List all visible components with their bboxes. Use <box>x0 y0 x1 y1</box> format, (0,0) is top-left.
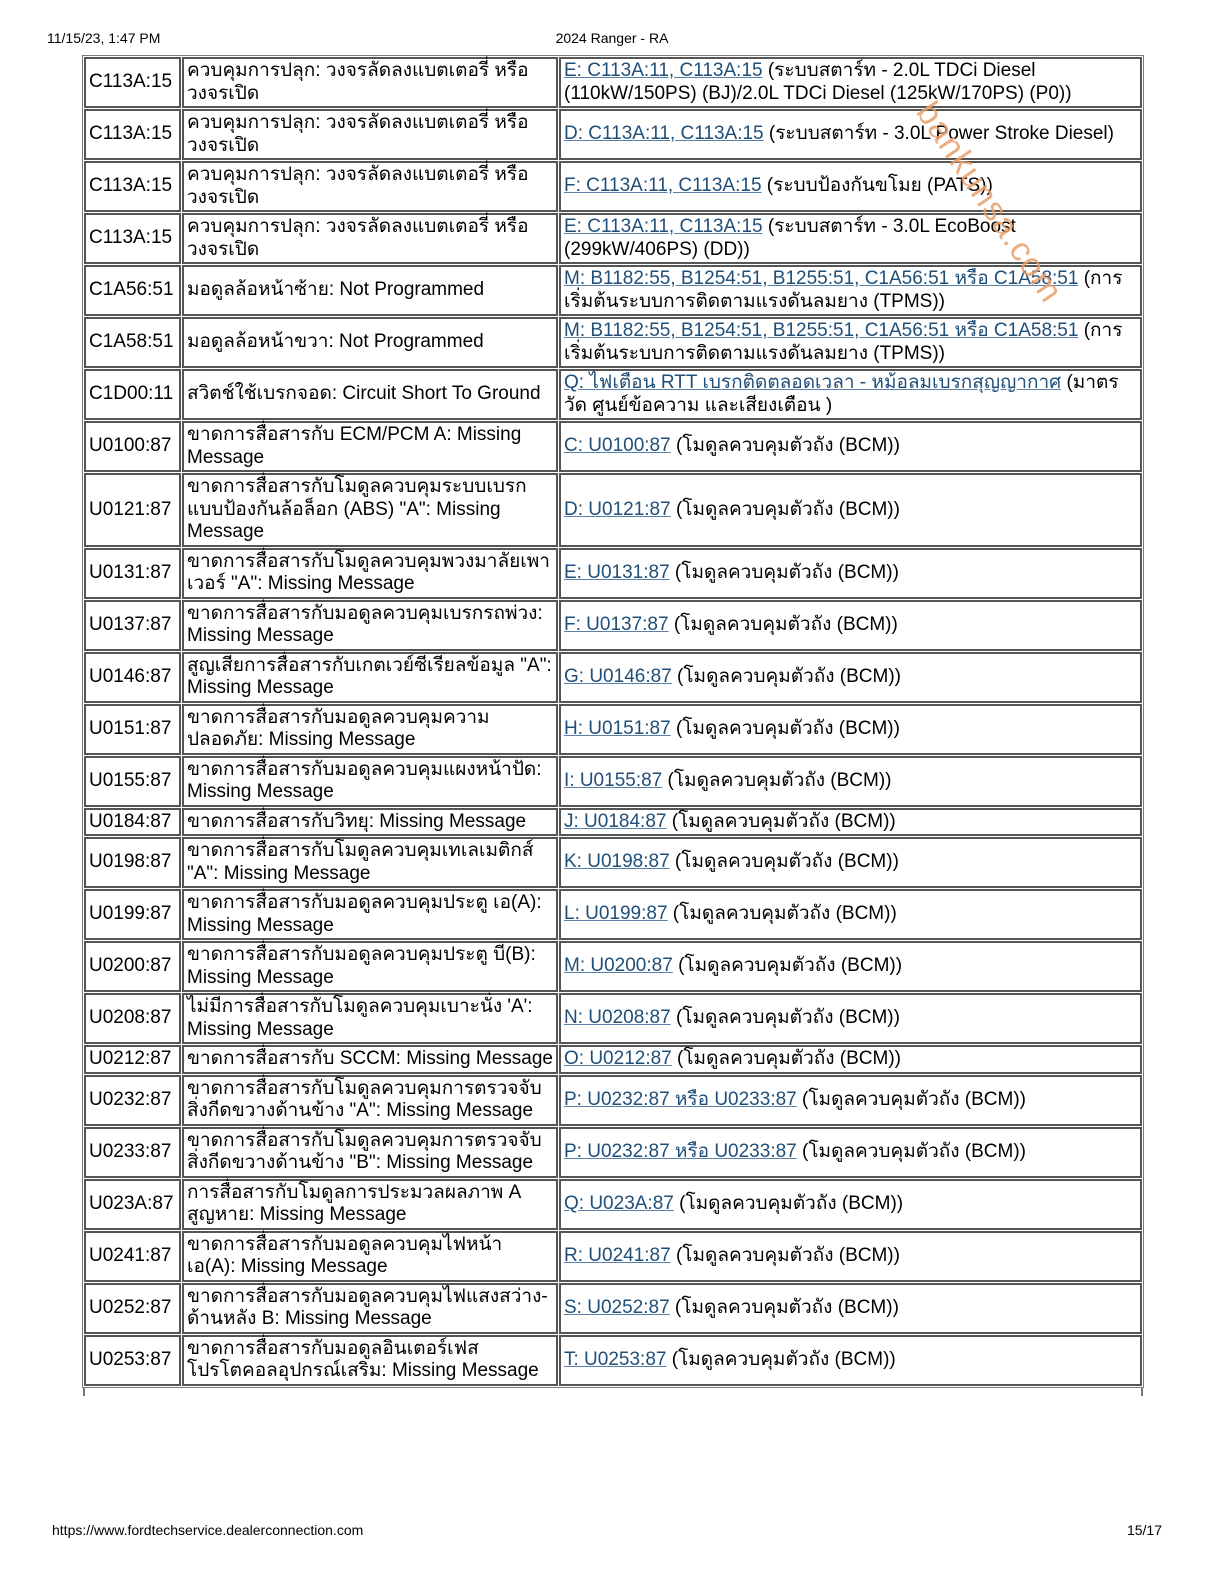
dtc-code: C113A:15 <box>84 57 181 108</box>
dtc-description: สวิตช์ใช้เบรกจอด: Circuit Short To Groun… <box>182 369 558 420</box>
pinpoint-test-link[interactable]: M: B1182:55, B1254:51, B1255:51, C1A56:5… <box>564 268 1078 289</box>
dtc-description: ขาดการสื่อสารกับโมดูลควบคุมการตรวจจับสิ่… <box>182 1127 558 1178</box>
pinpoint-test-link[interactable]: P: U0232:87 หรือ U0233:87 <box>564 1089 797 1110</box>
dtc-action-cell: F: C113A:11, C113A:15 (ระบบป้องกันขโมย (… <box>559 161 1142 212</box>
system-note: (โมดูลควบคุมตัวถัง (BCM)) <box>671 718 900 739</box>
dtc-description: ขาดการสื่อสารกับมอดูลควบคุมประตู บี(B): … <box>182 941 558 992</box>
page-title: 2024 Ranger - RA <box>0 30 1224 46</box>
dtc-description: ควบคุมการปลุก: วงจรลัดลงแบตเตอรี่ หรือ ว… <box>182 161 558 212</box>
dtc-action-cell: J: U0184:87 (โมดูลควบคุมตัวถัง (BCM)) <box>559 808 1142 837</box>
dtc-description: ไม่มีการสื่อสารกับโมดูลควบคุมเบาะนั่ง 'A… <box>182 993 558 1044</box>
pinpoint-test-link[interactable]: F: C113A:11, C113A:15 <box>564 175 762 196</box>
pinpoint-test-link[interactable]: P: U0232:87 หรือ U0233:87 <box>564 1141 797 1162</box>
dtc-code: U0208:87 <box>84 993 181 1044</box>
table-row: U0131:87ขาดการสื่อสารกับโมดูลควบคุมพวงมา… <box>84 548 1142 599</box>
dtc-description: มอดูลล้อหน้าซ้าย: Not Programmed <box>182 265 558 316</box>
dtc-code: U023A:87 <box>84 1179 181 1230</box>
pinpoint-test-link[interactable]: R: U0241:87 <box>564 1245 671 1266</box>
dtc-action-cell: H: U0151:87 (โมดูลควบคุมตัวถัง (BCM)) <box>559 704 1142 755</box>
dtc-action-cell: I: U0155:87 (โมดูลควบคุมตัวถัง (BCM)) <box>559 756 1142 807</box>
pinpoint-test-link[interactable]: E: C113A:11, C113A:15 <box>564 216 763 237</box>
table-row: U0137:87ขาดการสื่อสารกับมอดูลควบคุมเบรกร… <box>84 600 1142 651</box>
pinpoint-test-link[interactable]: E: C113A:11, C113A:15 <box>564 60 763 81</box>
table-row: U0184:87ขาดการสื่อสารกับวิทยุ: Missing M… <box>84 808 1142 837</box>
pinpoint-test-link[interactable]: J: U0184:87 <box>564 811 666 832</box>
system-note: (โมดูลควบคุมตัวถัง (BCM)) <box>666 1349 895 1370</box>
pinpoint-test-link[interactable]: K: U0198:87 <box>564 851 670 872</box>
table-row: C113A:15ควบคุมการปลุก: วงจรลัดลงแบตเตอรี… <box>84 109 1142 160</box>
system-note: (โมดูลควบคุมตัวถัง (BCM)) <box>797 1089 1026 1110</box>
pinpoint-test-link[interactable]: C: U0100:87 <box>564 435 671 456</box>
dtc-description: ขาดการสื่อสารกับมอดูลควบคุมแผงหน้าปัด: M… <box>182 756 558 807</box>
system-note: (ระบบป้องกันขโมย (PATS)) <box>762 175 993 196</box>
dtc-code: U0233:87 <box>84 1127 181 1178</box>
dtc-code: U0199:87 <box>84 889 181 940</box>
pinpoint-test-link[interactable]: F: U0137:87 <box>564 614 669 635</box>
dtc-code: U0252:87 <box>84 1283 181 1334</box>
dtc-code: U0151:87 <box>84 704 181 755</box>
dtc-code: U0184:87 <box>84 808 181 837</box>
table-row: C1D00:11สวิตช์ใช้เบรกจอด: Circuit Short … <box>84 369 1142 420</box>
dtc-description: ขาดการสื่อสารกับ ECM/PCM A: Missing Mess… <box>182 421 558 472</box>
system-note: (โมดูลควบคุมตัวถัง (BCM)) <box>671 1245 900 1266</box>
pinpoint-test-link[interactable]: H: U0151:87 <box>564 718 671 739</box>
dtc-description: มอดูลล้อหน้าขวา: Not Programmed <box>182 317 558 368</box>
dtc-description: ขาดการสื่อสารกับโมดูลควบคุมการตรวจจับสิ่… <box>182 1075 558 1126</box>
dtc-code: C113A:15 <box>84 161 181 212</box>
table-row: C1A56:51มอดูลล้อหน้าซ้าย: Not Programmed… <box>84 265 1142 316</box>
system-note: (โมดูลควบคุมตัวถัง (BCM)) <box>670 562 899 583</box>
footer-url: https://www.fordtechservice.dealerconnec… <box>52 1522 363 1538</box>
dtc-code: U0137:87 <box>84 600 181 651</box>
dtc-description: ขาดการสื่อสารกับโมดูลควบคุมระบบเบรกแบบป้… <box>182 473 558 547</box>
table-row: C1A58:51มอดูลล้อหน้าขวา: Not ProgrammedM… <box>84 317 1142 368</box>
dtc-description: ขาดการสื่อสารกับมอดูลอินเตอร์เฟสโปรโตคอล… <box>182 1335 558 1386</box>
dtc-action-cell: E: C113A:11, C113A:15 (ระบบสตาร์ท - 2.0L… <box>559 57 1142 108</box>
dtc-action-cell: F: U0137:87 (โมดูลควบคุมตัวถัง (BCM)) <box>559 600 1142 651</box>
dtc-action-cell: P: U0232:87 หรือ U0233:87 (โมดูลควบคุมตั… <box>559 1127 1142 1178</box>
dtc-action-cell: T: U0253:87 (โมดูลควบคุมตัวถัง (BCM)) <box>559 1335 1142 1386</box>
dtc-action-cell: K: U0198:87 (โมดูลควบคุมตัวถัง (BCM)) <box>559 837 1142 888</box>
pinpoint-test-link[interactable]: Q: U023A:87 <box>564 1193 674 1214</box>
dtc-code: C113A:15 <box>84 109 181 160</box>
pinpoint-test-link[interactable]: E: U0131:87 <box>564 562 670 583</box>
system-note: (โมดูลควบคุมตัวถัง (BCM)) <box>674 1193 903 1214</box>
table-row: U0212:87ขาดการสื่อสารกับ SCCM: Missing M… <box>84 1045 1142 1074</box>
system-note: (ระบบสตาร์ท - 3.0L Power Stroke Diesel) <box>764 123 1114 144</box>
pinpoint-test-link[interactable]: T: U0253:87 <box>564 1349 666 1370</box>
system-note: (โมดูลควบคุมตัวถัง (BCM)) <box>672 1048 901 1069</box>
system-note: (โมดูลควบคุมตัวถัง (BCM)) <box>797 1141 1026 1162</box>
page-number: 15/17 <box>1127 1522 1162 1538</box>
dtc-code: U0121:87 <box>84 473 181 547</box>
dtc-code: U0198:87 <box>84 837 181 888</box>
dtc-description: ขาดการสื่อสารกับมอดูลควบคุมความปลอดภัย: … <box>182 704 558 755</box>
table-row: C113A:15ควบคุมการปลุก: วงจรลัดลงแบตเตอรี… <box>84 213 1142 264</box>
table-row: U0155:87ขาดการสื่อสารกับมอดูลควบคุมแผงหน… <box>84 756 1142 807</box>
system-note: (โมดูลควบคุมตัวถัง (BCM)) <box>673 955 902 976</box>
table-row: U0241:87ขาดการสื่อสารกับมอดูลควบคุมไฟหน้… <box>84 1231 1142 1282</box>
table-row: U0121:87ขาดการสื่อสารกับโมดูลควบคุมระบบเ… <box>84 473 1142 547</box>
table-row: C113A:15ควบคุมการปลุก: วงจรลัดลงแบตเตอรี… <box>84 57 1142 108</box>
system-note: (โมดูลควบคุมตัวถัง (BCM)) <box>671 1007 900 1028</box>
dtc-description: ขาดการสื่อสารกับมอดูลควบคุมไฟหน้า เอ(A):… <box>182 1231 558 1282</box>
dtc-description: ขาดการสื่อสารกับ SCCM: Missing Message <box>182 1045 558 1074</box>
system-note: (โมดูลควบคุมตัวถัง (BCM)) <box>670 851 899 872</box>
table-row: U0100:87ขาดการสื่อสารกับ ECM/PCM A: Miss… <box>84 421 1142 472</box>
dtc-table-container: C113A:15ควบคุมการปลุก: วงจรลัดลงแบตเตอรี… <box>82 55 1144 1388</box>
dtc-action-cell: Q: U023A:87 (โมดูลควบคุมตัวถัง (BCM)) <box>559 1179 1142 1230</box>
dtc-description: สูญเสียการสื่อสารกับเกตเวย์ซีเรียลข้อมูล… <box>182 652 558 703</box>
dtc-code: U0131:87 <box>84 548 181 599</box>
pinpoint-test-link[interactable]: D: C113A:11, C113A:15 <box>564 123 764 144</box>
dtc-code: C1A58:51 <box>84 317 181 368</box>
system-note: (โมดูลควบคุมตัวถัง (BCM)) <box>670 1297 899 1318</box>
dtc-code: U0212:87 <box>84 1045 181 1074</box>
table-row: U0252:87ขาดการสื่อสารกับมอดูลควบคุมไฟแสง… <box>84 1283 1142 1334</box>
dtc-code: U0100:87 <box>84 421 181 472</box>
dtc-table: C113A:15ควบคุมการปลุก: วงจรลัดลงแบตเตอรี… <box>82 55 1144 1388</box>
system-note: (โมดูลควบคุมตัวถัง (BCM)) <box>672 666 901 687</box>
dtc-code: U0200:87 <box>84 941 181 992</box>
table-row: U0232:87ขาดการสื่อสารกับโมดูลควบคุมการตร… <box>84 1075 1142 1126</box>
dtc-action-cell: M: U0200:87 (โมดูลควบคุมตัวถัง (BCM)) <box>559 941 1142 992</box>
dtc-description: ควบคุมการปลุก: วงจรลัดลงแบตเตอรี่ หรือ ว… <box>182 109 558 160</box>
table-continuation-border <box>83 1388 85 1396</box>
dtc-action-cell: M: B1182:55, B1254:51, B1255:51, C1A56:5… <box>559 317 1142 368</box>
dtc-action-cell: R: U0241:87 (โมดูลควบคุมตัวถัง (BCM)) <box>559 1231 1142 1282</box>
dtc-code: U0253:87 <box>84 1335 181 1386</box>
pinpoint-test-link[interactable]: G: U0146:87 <box>564 666 672 687</box>
dtc-description: ขาดการสื่อสารกับโมดูลควบคุมพวงมาลัยเพาเว… <box>182 548 558 599</box>
dtc-code: U0155:87 <box>84 756 181 807</box>
dtc-description: ขาดการสื่อสารกับมอดูลควบคุมเบรกรถพ่วง: M… <box>182 600 558 651</box>
dtc-code: C1A56:51 <box>84 265 181 316</box>
dtc-action-cell: M: B1182:55, B1254:51, B1255:51, C1A56:5… <box>559 265 1142 316</box>
dtc-action-cell: S: U0252:87 (โมดูลควบคุมตัวถัง (BCM)) <box>559 1283 1142 1334</box>
dtc-action-cell: E: U0131:87 (โมดูลควบคุมตัวถัง (BCM)) <box>559 548 1142 599</box>
table-continuation-border <box>1141 1388 1143 1396</box>
dtc-action-cell: P: U0232:87 หรือ U0233:87 (โมดูลควบคุมตั… <box>559 1075 1142 1126</box>
system-note: (โมดูลควบคุมตัวถัง (BCM)) <box>666 811 895 832</box>
table-row: C113A:15ควบคุมการปลุก: วงจรลัดลงแบตเตอรี… <box>84 161 1142 212</box>
system-note: (โมดูลควบคุมตัวถัง (BCM)) <box>671 435 900 456</box>
system-note: (โมดูลควบคุมตัวถัง (BCM)) <box>662 770 891 791</box>
dtc-code: C1D00:11 <box>84 369 181 420</box>
pinpoint-test-link[interactable]: M: B1182:55, B1254:51, B1255:51, C1A56:5… <box>564 320 1078 341</box>
dtc-action-cell: G: U0146:87 (โมดูลควบคุมตัวถัง (BCM)) <box>559 652 1142 703</box>
pinpoint-test-link[interactable]: L: U0199:87 <box>564 903 668 924</box>
dtc-table-body: C113A:15ควบคุมการปลุก: วงจรลัดลงแบตเตอรี… <box>84 57 1142 1386</box>
table-row: U0253:87ขาดการสื่อสารกับมอดูลอินเตอร์เฟส… <box>84 1335 1142 1386</box>
dtc-action-cell: C: U0100:87 (โมดูลควบคุมตัวถัง (BCM)) <box>559 421 1142 472</box>
dtc-action-cell: E: C113A:11, C113A:15 (ระบบสตาร์ท - 3.0L… <box>559 213 1142 264</box>
pinpoint-test-link[interactable]: D: U0121:87 <box>564 499 671 520</box>
dtc-action-cell: L: U0199:87 (โมดูลควบคุมตัวถัง (BCM)) <box>559 889 1142 940</box>
pinpoint-test-link[interactable]: M: U0200:87 <box>564 955 673 976</box>
dtc-code: U0232:87 <box>84 1075 181 1126</box>
table-row: U0199:87ขาดการสื่อสารกับมอดูลควบคุมประตู… <box>84 889 1142 940</box>
dtc-action-cell: Q: ไฟเตือน RTT เบรกติดตลอดเวลา - หม้อลมเ… <box>559 369 1142 420</box>
table-row: U0233:87ขาดการสื่อสารกับโมดูลควบคุมการตร… <box>84 1127 1142 1178</box>
pinpoint-test-link[interactable]: N: U0208:87 <box>564 1007 671 1028</box>
pinpoint-test-link[interactable]: O: U0212:87 <box>564 1048 672 1069</box>
table-row: U0151:87ขาดการสื่อสารกับมอดูลควบคุมความป… <box>84 704 1142 755</box>
pinpoint-test-link[interactable]: I: U0155:87 <box>564 770 662 791</box>
dtc-description: ขาดการสื่อสารกับวิทยุ: Missing Message <box>182 808 558 837</box>
pinpoint-test-link[interactable]: Q: ไฟเตือน RTT เบรกติดตลอดเวลา - หม้อลมเ… <box>564 372 1061 393</box>
dtc-code: U0241:87 <box>84 1231 181 1282</box>
table-row: U0146:87สูญเสียการสื่อสารกับเกตเวย์ซีเรี… <box>84 652 1142 703</box>
dtc-action-cell: N: U0208:87 (โมดูลควบคุมตัวถัง (BCM)) <box>559 993 1142 1044</box>
system-note: (โมดูลควบคุมตัวถัง (BCM)) <box>671 499 900 520</box>
dtc-action-cell: O: U0212:87 (โมดูลควบคุมตัวถัง (BCM)) <box>559 1045 1142 1074</box>
dtc-description: การสื่อสารกับโมดูลการประมวลผลภาพ A สูญหา… <box>182 1179 558 1230</box>
dtc-description: ขาดการสื่อสารกับมอดูลควบคุมประตู เอ(A): … <box>182 889 558 940</box>
table-row: U0198:87ขาดการสื่อสารกับโมดูลควบคุมเทเลเ… <box>84 837 1142 888</box>
dtc-description: ควบคุมการปลุก: วงจรลัดลงแบตเตอรี่ หรือ ว… <box>182 213 558 264</box>
system-note: (โมดูลควบคุมตัวถัง (BCM)) <box>668 903 897 924</box>
dtc-action-cell: D: C113A:11, C113A:15 (ระบบสตาร์ท - 3.0L… <box>559 109 1142 160</box>
table-row: U0200:87ขาดการสื่อสารกับมอดูลควบคุมประตู… <box>84 941 1142 992</box>
table-row: U023A:87การสื่อสารกับโมดูลการประมวลผลภาพ… <box>84 1179 1142 1230</box>
dtc-description: ขาดการสื่อสารกับโมดูลควบคุมเทเลเมติกส์ "… <box>182 837 558 888</box>
dtc-description: ควบคุมการปลุก: วงจรลัดลงแบตเตอรี่ หรือ ว… <box>182 57 558 108</box>
dtc-action-cell: D: U0121:87 (โมดูลควบคุมตัวถัง (BCM)) <box>559 473 1142 547</box>
dtc-description: ขาดการสื่อสารกับมอดูลควบคุมไฟแสงสว่าง-ด้… <box>182 1283 558 1334</box>
dtc-code: U0146:87 <box>84 652 181 703</box>
table-row: U0208:87ไม่มีการสื่อสารกับโมดูลควบคุมเบา… <box>84 993 1142 1044</box>
pinpoint-test-link[interactable]: S: U0252:87 <box>564 1297 670 1318</box>
system-note: (โมดูลควบคุมตัวถัง (BCM)) <box>669 614 898 635</box>
dtc-code: C113A:15 <box>84 213 181 264</box>
